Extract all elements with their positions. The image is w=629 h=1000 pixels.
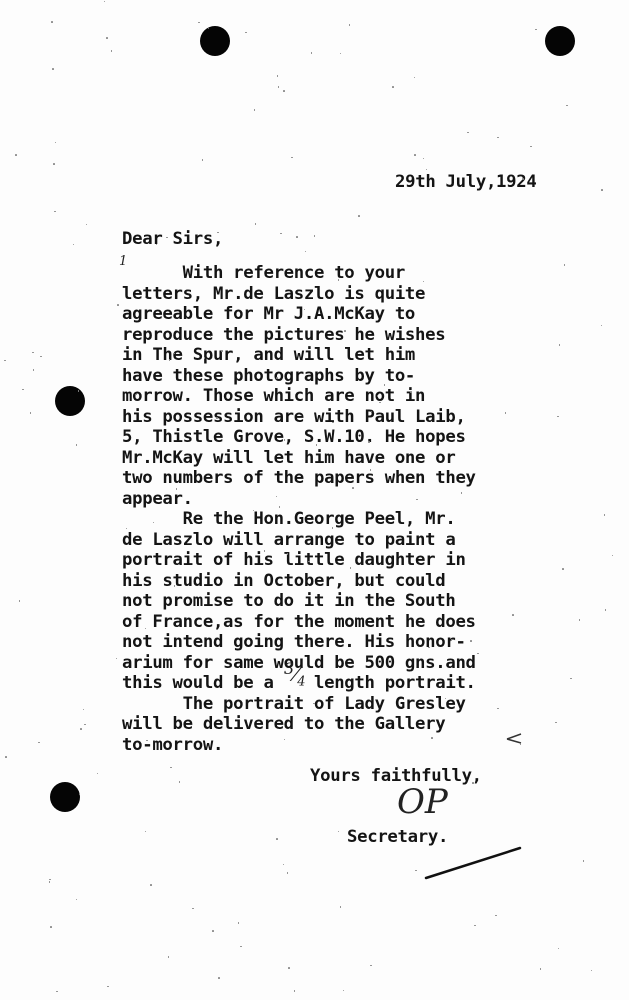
letter-line: two numbers of the papers when they <box>122 468 476 489</box>
paper-speck <box>612 555 614 557</box>
paper-speck <box>5 756 7 758</box>
paper-speck <box>192 908 194 910</box>
handwritten-fraction: 3⁄4 <box>284 659 305 690</box>
paper-speck <box>601 189 603 191</box>
paper-speck <box>276 377 278 379</box>
paper-speck <box>15 154 17 156</box>
paper-speck <box>332 422 334 424</box>
paper-speck <box>305 251 307 253</box>
paper-speck <box>97 773 99 775</box>
paper-speck <box>535 29 537 31</box>
letter-line: Re the Hon.George Peel, Mr. <box>122 509 476 530</box>
paper-speck <box>80 728 82 730</box>
closing: Yours faithfully, <box>310 766 482 787</box>
paper-speck <box>291 157 293 159</box>
letter-line: reproduce the pictures he wishes <box>122 325 476 346</box>
paper-speck <box>287 872 289 874</box>
paper-speck <box>477 653 479 655</box>
paper-speck <box>106 37 108 39</box>
paper-speck <box>431 737 433 739</box>
letter-line: of France,as for the moment he does <box>122 612 476 633</box>
letter-line: his possession are with Paul Laib, <box>122 407 476 428</box>
paper-speck <box>522 178 524 180</box>
paper-speck <box>495 915 497 917</box>
paper-speck <box>76 899 78 901</box>
paper-speck <box>245 32 247 34</box>
paper-speck <box>423 158 425 160</box>
paper-speck <box>19 600 21 602</box>
paper-speck <box>288 967 290 969</box>
letter-date: 29th July,1924 <box>395 172 536 193</box>
letter-line: his studio in October, but could <box>122 571 476 592</box>
paper-speck <box>426 169 428 171</box>
paper-speck <box>277 75 279 77</box>
paper-speck <box>73 244 75 246</box>
paper-speck <box>238 922 240 924</box>
paper-speck <box>169 359 171 361</box>
paper-speck <box>51 21 53 23</box>
paper-speck <box>284 439 286 441</box>
margin-mark: 1 <box>119 254 127 269</box>
letter-line: Mr.McKay will let him have one or <box>122 448 476 469</box>
paper-speck <box>461 492 463 494</box>
salutation: Dear Sirs, <box>122 229 223 250</box>
letter-line: in The Spur, and will let him <box>122 345 476 366</box>
paper-speck <box>566 105 568 107</box>
paper-speck <box>296 236 298 238</box>
paper-speck <box>370 469 372 471</box>
arrow-mark <box>505 732 525 746</box>
paper-speck <box>338 279 340 281</box>
signature-initials: OP <box>397 782 448 822</box>
paper-speck <box>255 223 257 225</box>
paper-speck <box>86 224 88 226</box>
signature-underline <box>420 840 530 885</box>
paper-speck <box>349 24 351 26</box>
paper-speck <box>283 90 285 92</box>
paper-speck <box>559 344 561 346</box>
letter-line: portrait of his little daughter in <box>122 550 476 571</box>
paper-speck <box>276 838 278 840</box>
paper-speck <box>84 724 86 726</box>
paper-speck <box>166 237 168 239</box>
paper-speck <box>4 360 6 362</box>
paper-speck <box>204 357 206 359</box>
paper-speck <box>150 884 152 886</box>
paper-speck <box>472 782 474 784</box>
paper-speck <box>55 142 57 144</box>
paper-speck <box>50 926 52 928</box>
paper-speck <box>49 881 51 883</box>
paper-speck <box>40 356 42 358</box>
paper-speck <box>414 154 416 156</box>
letter-line: will be delivered to the Gallery <box>122 714 476 735</box>
paper-speck <box>145 831 147 833</box>
paper-speck <box>540 968 542 970</box>
paper-speck <box>278 86 280 88</box>
punch-hole <box>50 782 80 812</box>
paper-speck <box>410 391 412 393</box>
paper-speck <box>264 550 266 552</box>
letter-line: have these photographs by to- <box>122 366 476 387</box>
letter-line: morrow. Those which are not in <box>122 386 476 407</box>
paper-speck <box>76 444 78 446</box>
paper-speck <box>314 235 316 237</box>
punch-hole <box>200 26 230 56</box>
paper-speck <box>414 77 416 79</box>
letter-line: agreeable for Mr J.A.McKay to <box>122 304 476 325</box>
punch-hole <box>545 26 575 56</box>
paper-speck <box>358 215 360 217</box>
paper-speck <box>135 394 137 396</box>
paper-speck <box>562 568 564 570</box>
paper-speck <box>52 68 54 70</box>
paper-speck <box>54 211 56 213</box>
paper-speck <box>332 527 334 529</box>
paper-speck <box>30 412 32 414</box>
paper-speck <box>497 708 499 710</box>
letter-line: 5, Thistle Grove, S.W.10. He hopes <box>122 427 476 448</box>
paper-speck <box>221 350 223 352</box>
paper-speck <box>198 22 200 24</box>
paper-speck <box>392 86 394 88</box>
letter-line: letters, Mr.de Laszlo is quite <box>122 284 476 305</box>
paper-speck <box>168 956 170 958</box>
paper-speck <box>583 860 585 862</box>
paper-speck <box>344 330 346 332</box>
paper-speck <box>530 146 532 148</box>
paper-speck <box>570 678 572 680</box>
paper-speck <box>116 658 118 660</box>
letter-line: de Laszlo will arrange to paint a <box>122 530 476 551</box>
paper-speck <box>22 389 24 391</box>
paper-speck <box>179 781 181 783</box>
paper-speck <box>202 159 204 161</box>
paper-speck <box>352 487 354 489</box>
paper-speck <box>579 619 581 621</box>
paper-speck <box>555 722 557 724</box>
paper-speck <box>111 50 113 52</box>
paper-speck <box>415 870 417 872</box>
paper-speck <box>591 970 593 972</box>
paper-speck <box>601 325 603 327</box>
paper-speck <box>520 743 522 745</box>
paper-speck <box>56 991 58 993</box>
paper-speck <box>338 831 340 833</box>
paper-speck <box>104 1 106 3</box>
paper-speck <box>294 990 296 992</box>
paper-speck <box>107 986 109 988</box>
paper-speck <box>340 906 342 908</box>
paper-speck <box>33 369 35 371</box>
paper-speck <box>474 925 476 927</box>
letter-line: not intend going there. His honor- <box>122 632 476 653</box>
paper-speck <box>470 640 472 642</box>
paper-speck <box>604 514 606 516</box>
paper-speck <box>370 965 372 967</box>
letter-line: The portrait of Lady Gresley <box>122 694 476 715</box>
paper-speck <box>83 709 85 711</box>
paper-speck <box>400 830 402 832</box>
paper-speck <box>505 412 507 414</box>
paper-speck <box>38 742 40 744</box>
paper-speck <box>117 304 119 306</box>
paper-speck <box>340 53 342 55</box>
paper-speck <box>368 441 370 443</box>
paper-speck <box>283 864 285 866</box>
letter-line: appear. <box>122 489 476 510</box>
paper-speck <box>512 614 514 616</box>
punch-hole <box>55 386 85 416</box>
paper-speck <box>218 977 220 979</box>
paper-speck <box>564 264 566 266</box>
paper-speck <box>343 990 345 992</box>
paper-speck <box>53 163 55 165</box>
paper-speck <box>467 132 469 134</box>
paper-speck <box>280 233 282 235</box>
paper-speck <box>212 930 214 932</box>
paper-speck <box>311 52 313 54</box>
paper-speck <box>216 417 218 419</box>
paper-speck <box>557 416 559 418</box>
letter-line: not promise to do it in the South <box>122 591 476 612</box>
letter-page: 29th July,1924 Dear Sirs, With reference… <box>0 0 629 1000</box>
paper-speck <box>605 609 607 611</box>
paper-speck <box>79 793 81 795</box>
paper-speck <box>558 948 560 950</box>
paper-speck <box>254 109 256 111</box>
paper-speck <box>497 137 499 139</box>
paper-speck <box>32 352 34 354</box>
letter-line: to-morrow. <box>122 735 476 756</box>
paper-speck <box>170 767 172 769</box>
paper-speck <box>240 946 242 948</box>
